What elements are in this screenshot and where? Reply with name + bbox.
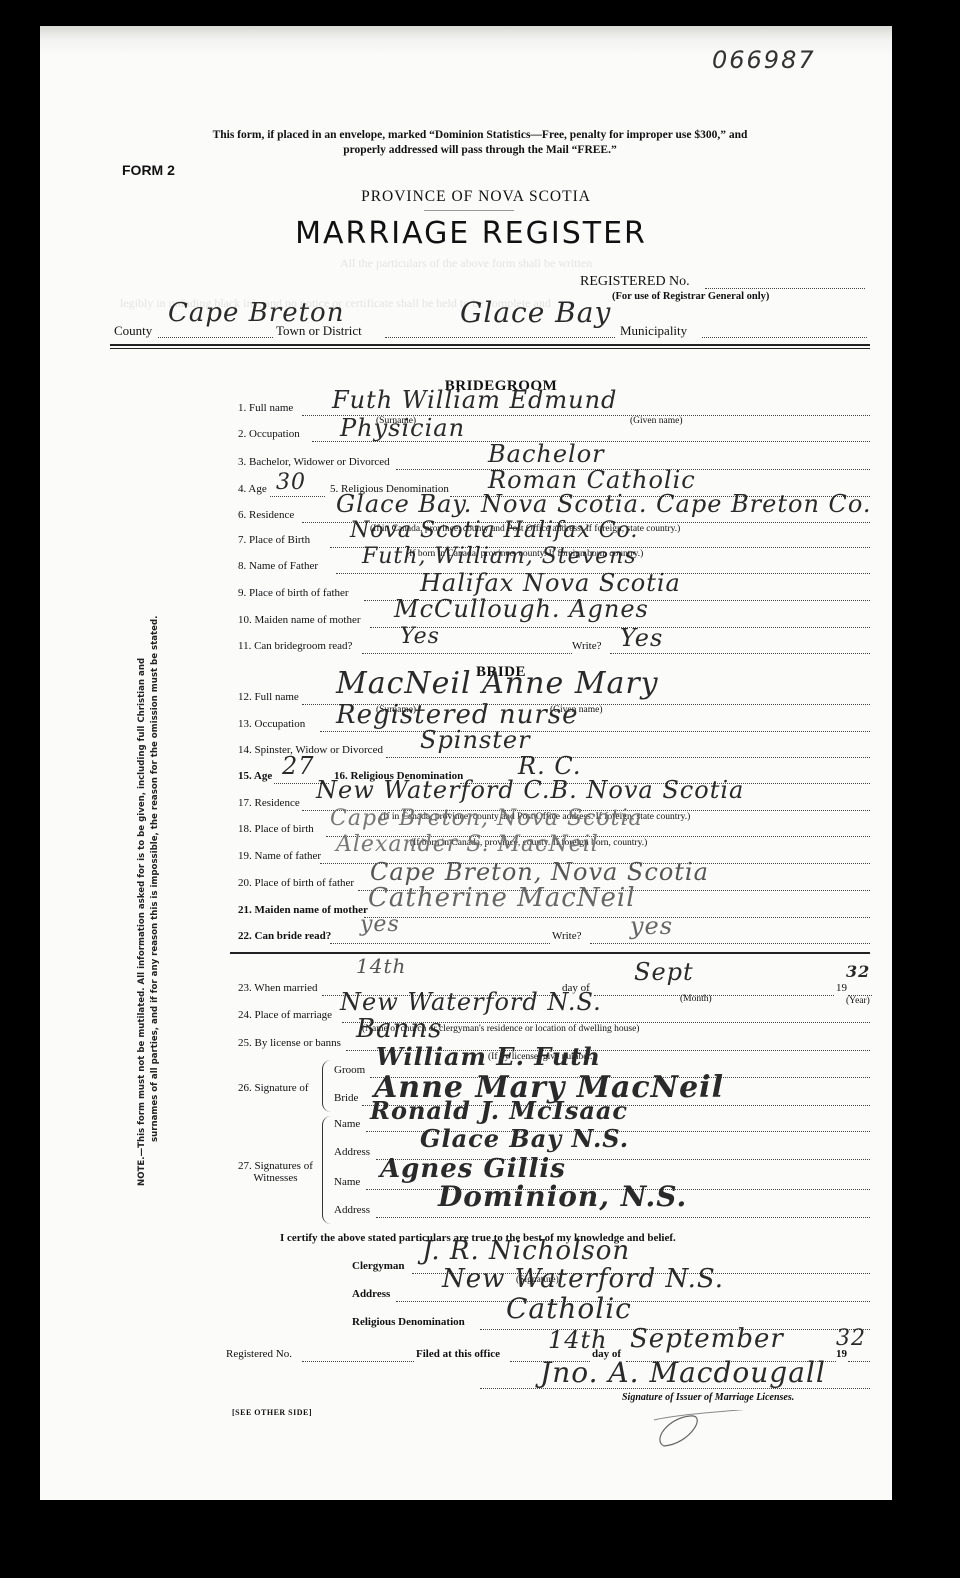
witness-2-address-value[interactable]: Dominion, N.S.	[438, 1180, 687, 1213]
registered-no-note: (For use of Registrar General only)	[612, 291, 769, 302]
marriage-date-label: 23. When married	[238, 982, 318, 994]
field-line	[364, 917, 870, 918]
municipality-label: Municipality	[620, 323, 687, 339]
see-other-side-note: [SEE OTHER SIDE]	[232, 1408, 312, 1417]
groom-residence-value[interactable]: Glace Bay. Nova Scotia. Cape Breton Co.	[336, 490, 872, 518]
postal-notice-line-1: This form, if placed in an envelope, mar…	[130, 128, 830, 143]
place-of-marriage-value[interactable]: New Waterford N.S.	[340, 988, 602, 1016]
marriage-year-value[interactable]: 32	[846, 962, 870, 981]
groom-can-read-value[interactable]: Yes	[400, 624, 440, 649]
bride-full-name-label: 12. Full name	[238, 691, 299, 703]
field-line	[594, 995, 834, 996]
issuer-signature-value[interactable]: Jno. A. Macdougall	[540, 1356, 826, 1389]
groom-occupation-value[interactable]: Physician	[340, 414, 465, 442]
groom-father-name-label: 8. Name of Father	[238, 560, 318, 572]
groom-birthplace-value[interactable]: Nova Scotia Halifax Co.	[350, 518, 638, 543]
witness-1-address-value[interactable]: Glace Bay N.S.	[420, 1124, 629, 1153]
double-rule-top	[110, 344, 870, 346]
groom-marital-status-value[interactable]: Bachelor	[488, 440, 605, 468]
field-line	[330, 943, 550, 944]
field-line	[320, 731, 870, 732]
field-line	[270, 496, 325, 497]
postal-notice: This form, if placed in an envelope, mar…	[130, 128, 830, 158]
groom-signature-value[interactable]: William E. Futh	[376, 1042, 601, 1071]
marriage-month-value[interactable]: Sept	[634, 958, 694, 986]
bride-signature-label: Bride	[334, 1092, 358, 1104]
bride-residence-value[interactable]: New Waterford C.B. Nova Scotia	[316, 776, 744, 804]
double-rule-bottom	[110, 348, 870, 349]
groom-can-read-label: 11. Can bridegroom read?	[238, 640, 352, 652]
license-or-banns-value[interactable]: Banns	[356, 1014, 442, 1044]
bride-father-name-value[interactable]: Alexander S. MacNeil	[336, 832, 599, 857]
groom-father-birthplace-label: 9. Place of birth of father	[238, 587, 349, 599]
town-label: Town or District	[276, 323, 362, 339]
witness-1-address-label: Address	[334, 1146, 370, 1158]
bride-age-value[interactable]: 27	[282, 752, 315, 780]
given-name-caption: (Given name)	[630, 416, 683, 426]
side-note: NOTE.—This form must not be mutilated. A…	[136, 566, 162, 1186]
signature-of-label: 26. Signature of	[238, 1082, 309, 1094]
place-of-marriage-label: 24. Place of marriage	[238, 1009, 332, 1021]
groom-marital-status-label: 3. Bachelor, Widower or Divorced	[238, 456, 390, 468]
town-field-line	[385, 337, 615, 338]
bride-birthplace-label: 18. Place of birth	[238, 823, 314, 835]
form-number: FORM 2	[122, 162, 175, 178]
clergyman-label: Clergyman	[352, 1260, 405, 1272]
year-prefix: 19	[836, 982, 847, 994]
groom-full-name-label: 1. Full name	[238, 402, 293, 414]
groom-residence-label: 6. Residence	[238, 509, 294, 521]
bride-can-read-value[interactable]: yes	[360, 912, 400, 937]
divider	[424, 210, 514, 211]
year-caption: (Year)	[846, 996, 870, 1006]
clergyman-address-value[interactable]: New Waterford N.S.	[442, 1264, 724, 1294]
witnesses-label: 27. Signatures of Witnesses	[238, 1160, 313, 1184]
bride-can-read-label: 22. Can bride read?	[238, 930, 331, 942]
groom-mother-maiden-name-label: 10. Maiden name of mother	[238, 614, 361, 626]
signature-flourish-icon	[650, 1410, 770, 1450]
registered-no-label: REGISTERED No.	[580, 274, 690, 290]
bride-occupation-label: 13. Occupation	[238, 718, 305, 730]
bride-marital-status-value[interactable]: Spinster	[420, 726, 531, 754]
municipality-field[interactable]	[702, 337, 867, 338]
filed-month-value[interactable]: September	[630, 1324, 784, 1354]
clergyman-signature-value[interactable]: J. R. Nicholson	[422, 1236, 630, 1266]
filed-at-office-label: Filed at this office	[416, 1348, 500, 1360]
groom-can-write-label: Write?	[572, 640, 601, 652]
province-heading: PROVINCE OF NOVA SCOTIA	[40, 188, 892, 206]
postal-notice-line-2: properly addressed will pass through the…	[130, 143, 830, 158]
bride-mother-maiden-name-value[interactable]: Catherine MacNeil	[368, 883, 636, 913]
bride-father-birthplace-label: 20. Place of birth of father	[238, 877, 354, 889]
bride-mother-maiden-name-label: 21. Maiden name of mother	[238, 904, 368, 916]
bride-residence-label: 17. Residence	[238, 797, 300, 809]
groom-age-value[interactable]: 30	[276, 470, 306, 495]
groom-father-name-value[interactable]: Futh, William, Stevens	[362, 544, 637, 569]
bride-birthplace-value[interactable]: Cape Breton, Nova Scotia	[330, 806, 643, 831]
field-line	[848, 1361, 870, 1362]
clergyman-denomination-value[interactable]: Catholic	[506, 1292, 632, 1325]
witness-1-name-value[interactable]: Ronald J. McIsaac	[370, 1096, 628, 1125]
field-line	[376, 1217, 870, 1218]
bride-father-birthplace-value[interactable]: Cape Breton, Nova Scotia	[370, 858, 709, 886]
town-value[interactable]: Glace Bay	[460, 296, 611, 329]
field-line	[386, 757, 870, 758]
bride-can-write-label: Write?	[552, 930, 581, 942]
field-line	[610, 653, 870, 654]
brace	[322, 1060, 331, 1112]
groom-occupation-label: 2. Occupation	[238, 428, 300, 440]
issuer-caption: Signature of Issuer of Marriage Licenses…	[622, 1392, 794, 1403]
witness-2-address-label: Address	[334, 1204, 370, 1216]
groom-birthplace-label: 7. Place of Birth	[238, 534, 310, 546]
groom-signature-label: Groom	[334, 1064, 365, 1076]
document-title: MARRIAGE REGISTER	[40, 216, 892, 251]
side-note-line-2: surnames of all parties, and if for any …	[149, 566, 162, 1186]
marriage-day-value[interactable]: 14th	[356, 954, 406, 978]
field-line	[590, 943, 870, 944]
groom-can-write-value[interactable]: Yes	[620, 624, 663, 652]
witnesses-label-line-1: 27. Signatures of	[238, 1160, 313, 1172]
bride-full-name-value[interactable]: MacNeil Anne Mary	[336, 666, 659, 701]
bleed-through-text: All the particulars of the above form sh…	[340, 256, 592, 271]
clergyman-address-label: Address	[352, 1288, 390, 1300]
filed-year-value[interactable]: 32	[836, 1326, 866, 1351]
field-line	[362, 653, 572, 654]
marriage-register-page: All the particulars of the above form sh…	[40, 26, 892, 1500]
registered-no-field[interactable]	[705, 288, 865, 289]
witness-1-name-label: Name	[334, 1118, 360, 1130]
license-or-banns-label: 25. By license or banns	[238, 1037, 341, 1049]
groom-full-name-value[interactable]: Futh William Edmund	[332, 386, 617, 414]
bride-age-label: 15. Age	[238, 770, 272, 782]
groom-mother-maiden-name-value[interactable]: McCullough. Agnes	[394, 595, 649, 623]
county-label: County	[114, 323, 152, 339]
witness-2-name-label: Name	[334, 1176, 360, 1188]
section-rule	[230, 952, 870, 954]
groom-father-birthplace-value[interactable]: Halifax Nova Scotia	[420, 569, 681, 597]
field-line	[396, 1301, 870, 1302]
side-note-line-1: NOTE.—This form must not be mutilated. A…	[136, 566, 149, 1186]
bride-can-write-value[interactable]: yes	[630, 912, 673, 940]
bride-father-name-label: 19. Name of father	[238, 850, 321, 862]
serial-number: 066987	[712, 46, 816, 74]
county-field-line	[158, 337, 273, 338]
clergyman-denomination-label: Religious Denomination	[352, 1316, 465, 1328]
month-caption: (Month)	[680, 994, 712, 1004]
filing-registered-no-label: Registered No.	[226, 1348, 292, 1360]
brace	[322, 1116, 331, 1224]
witnesses-label-line-2: Witnesses	[238, 1172, 313, 1184]
groom-age-label: 4. Age	[238, 483, 267, 495]
filing-registered-no-field[interactable]	[302, 1361, 414, 1362]
